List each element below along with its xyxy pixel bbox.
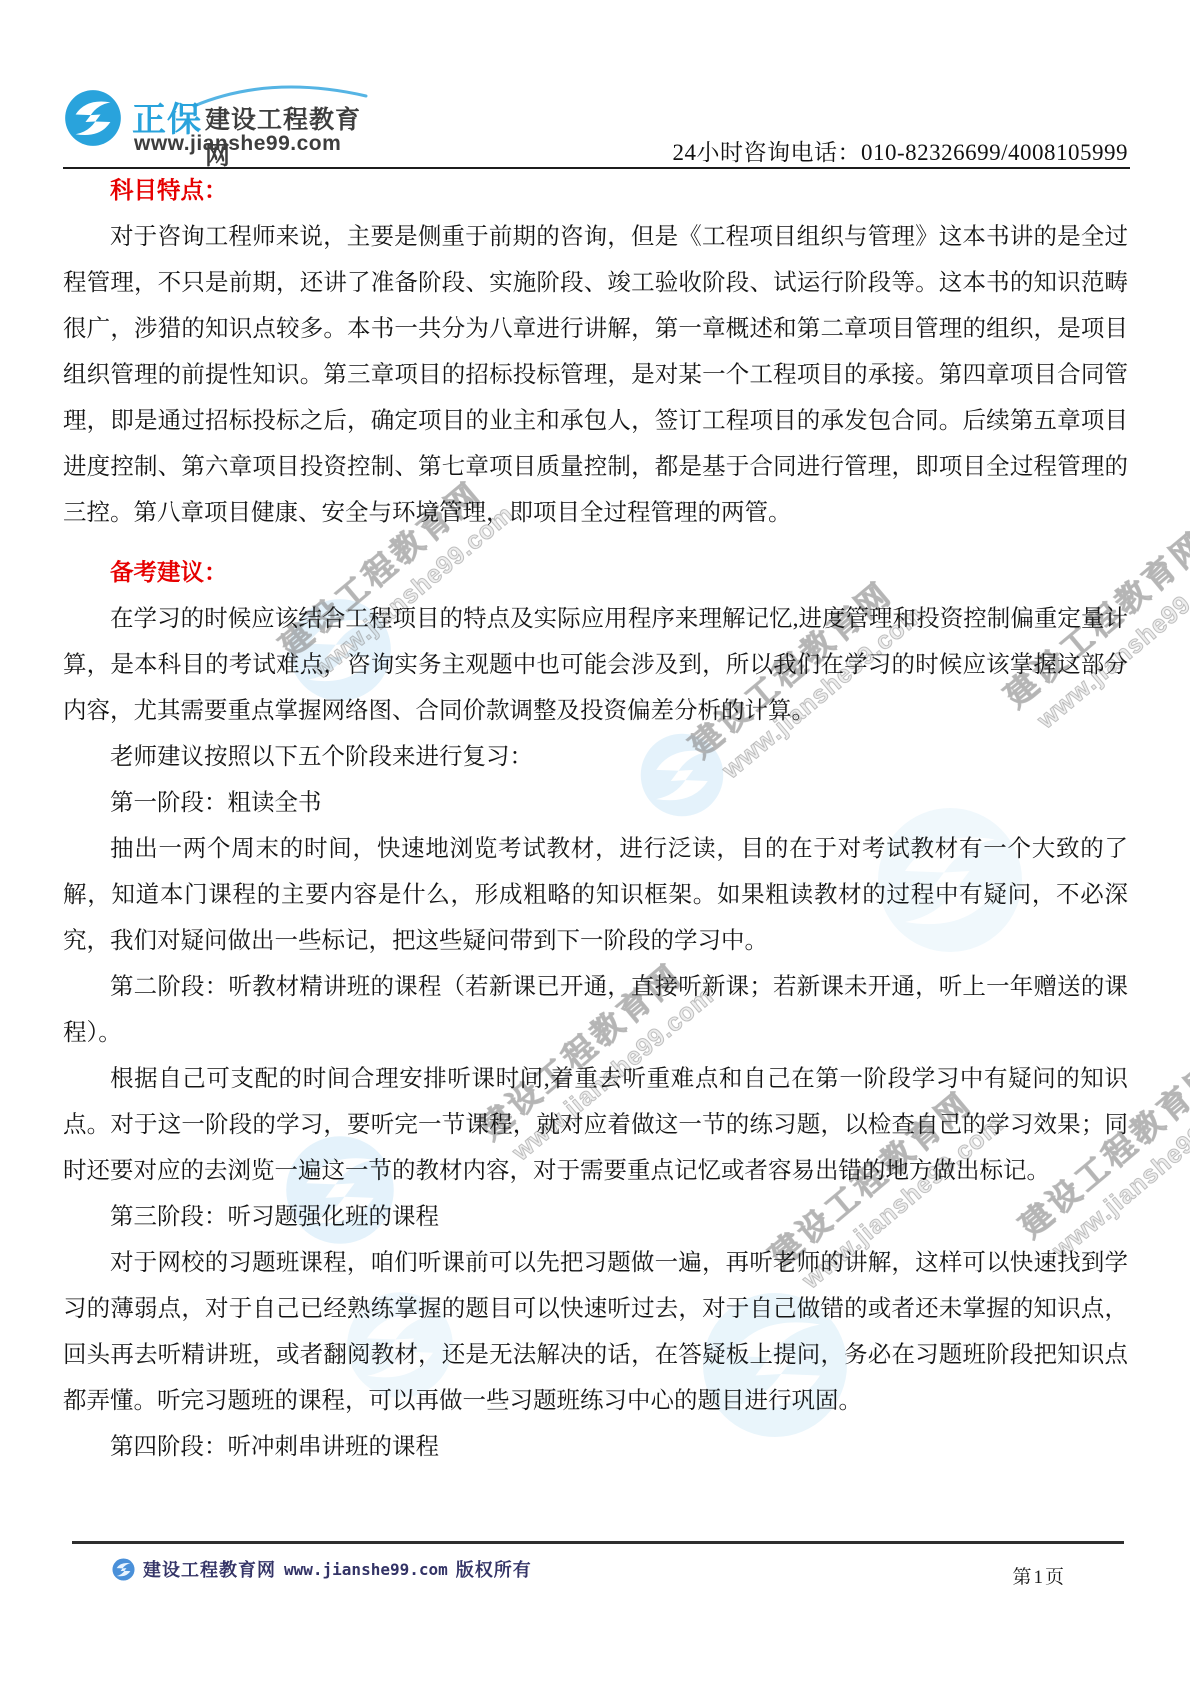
brand-logo-icon [64, 89, 122, 147]
section-heading: 备考建议： [63, 550, 1128, 596]
footer-copyright-line: 建设工程教育网 www.jianshe99.com 版权所有 [112, 1556, 532, 1582]
page-number: 第1页 [1012, 1562, 1066, 1589]
paragraph-stage-title: 第四阶段：听冲刺串讲班的课程 [63, 1424, 1128, 1470]
section-heading: 科目特点： [63, 168, 1128, 214]
document-page: 建设工程教育网 www.jianshe99.com 建设工程教育网 www.ji… [0, 0, 1190, 1683]
document-body: 科目特点： 对于咨询工程师来说，主要是侧重于前期的咨询，但是《工程项目组织与管理… [63, 168, 1128, 1470]
footer-url: www.jianshe99.com [284, 1560, 448, 1579]
paragraph-stage-title: 第三阶段：听习题强化班的课程 [63, 1194, 1128, 1240]
paragraph: 老师建议按照以下五个阶段来进行复习： [63, 734, 1128, 780]
contact-phone: 24小时咨询电话：010-82326699/4008105999 [672, 134, 1128, 167]
paragraph: 根据自己可支配的时间合理安排听课时间,着重去听重难点和自己在第一阶段学习中有疑问… [63, 1056, 1128, 1194]
paragraph: 对于咨询工程师来说，主要是侧重于前期的咨询，但是《工程项目组织与管理》这本书讲的… [63, 214, 1128, 536]
footer-divider [72, 1541, 1124, 1544]
paragraph: 在学习的时候应该结合工程项目的特点及实际应用程序来理解记忆,进度管理和投资控制偏… [63, 596, 1128, 734]
paragraph-stage-title: 第一阶段：粗读全书 [63, 780, 1128, 826]
paragraph-stage-title: 第二阶段：听教材精讲班的课程（若新课已开通，直接听新课；若新课未开通，听上一年赠… [63, 964, 1128, 1056]
brand-url: www.jianshe99.com [134, 132, 341, 156]
footer-copyright: 版权所有 [456, 1556, 532, 1582]
site-logo: 正保 建设工程教育网 www.jianshe99.com [62, 84, 362, 158]
paragraph: 对于网校的习题班课程，咱们听课前可以先把习题做一遍，再听老师的讲解，这样可以快速… [63, 1240, 1128, 1424]
footer-site-name: 建设工程教育网 [143, 1556, 276, 1582]
paragraph: 抽出一两个周末的时间，快速地浏览考试教材，进行泛读，目的在于对考试教材有一个大致… [63, 826, 1128, 964]
footer-logo-icon [112, 1558, 135, 1581]
